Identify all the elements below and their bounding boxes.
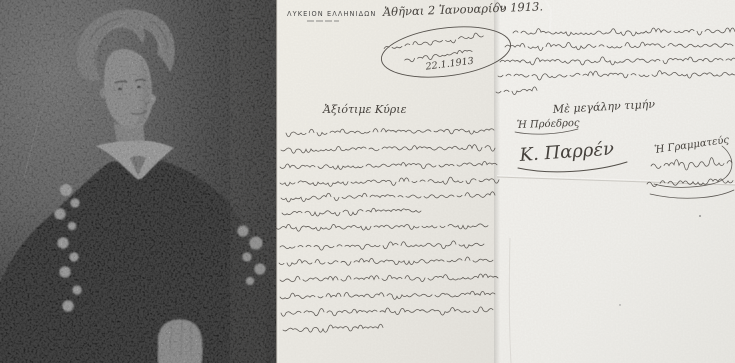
letterhead-org: ΛΥΚΕΙΟΝ ΕΛΛΗΝΙΔΩΝ [287,10,376,18]
archival-composite-image: ΛΥΚΕΙΟΝ ΕΛΛΗΝΙΔΩΝ Ἀθῆναι 2 Ἰανουαρίου 19… [0,0,735,363]
president-title: Ἡ Πρόεδρος [517,118,580,131]
letter-scan: ΛΥΚΕΙΟΝ ΕΛΛΗΝΙΔΩΝ Ἀθῆναι 2 Ἰανουαρίου 19… [0,0,735,363]
paper-texture [276,0,735,363]
salutation: Ἀξιότιμε Κύριε [322,103,407,116]
